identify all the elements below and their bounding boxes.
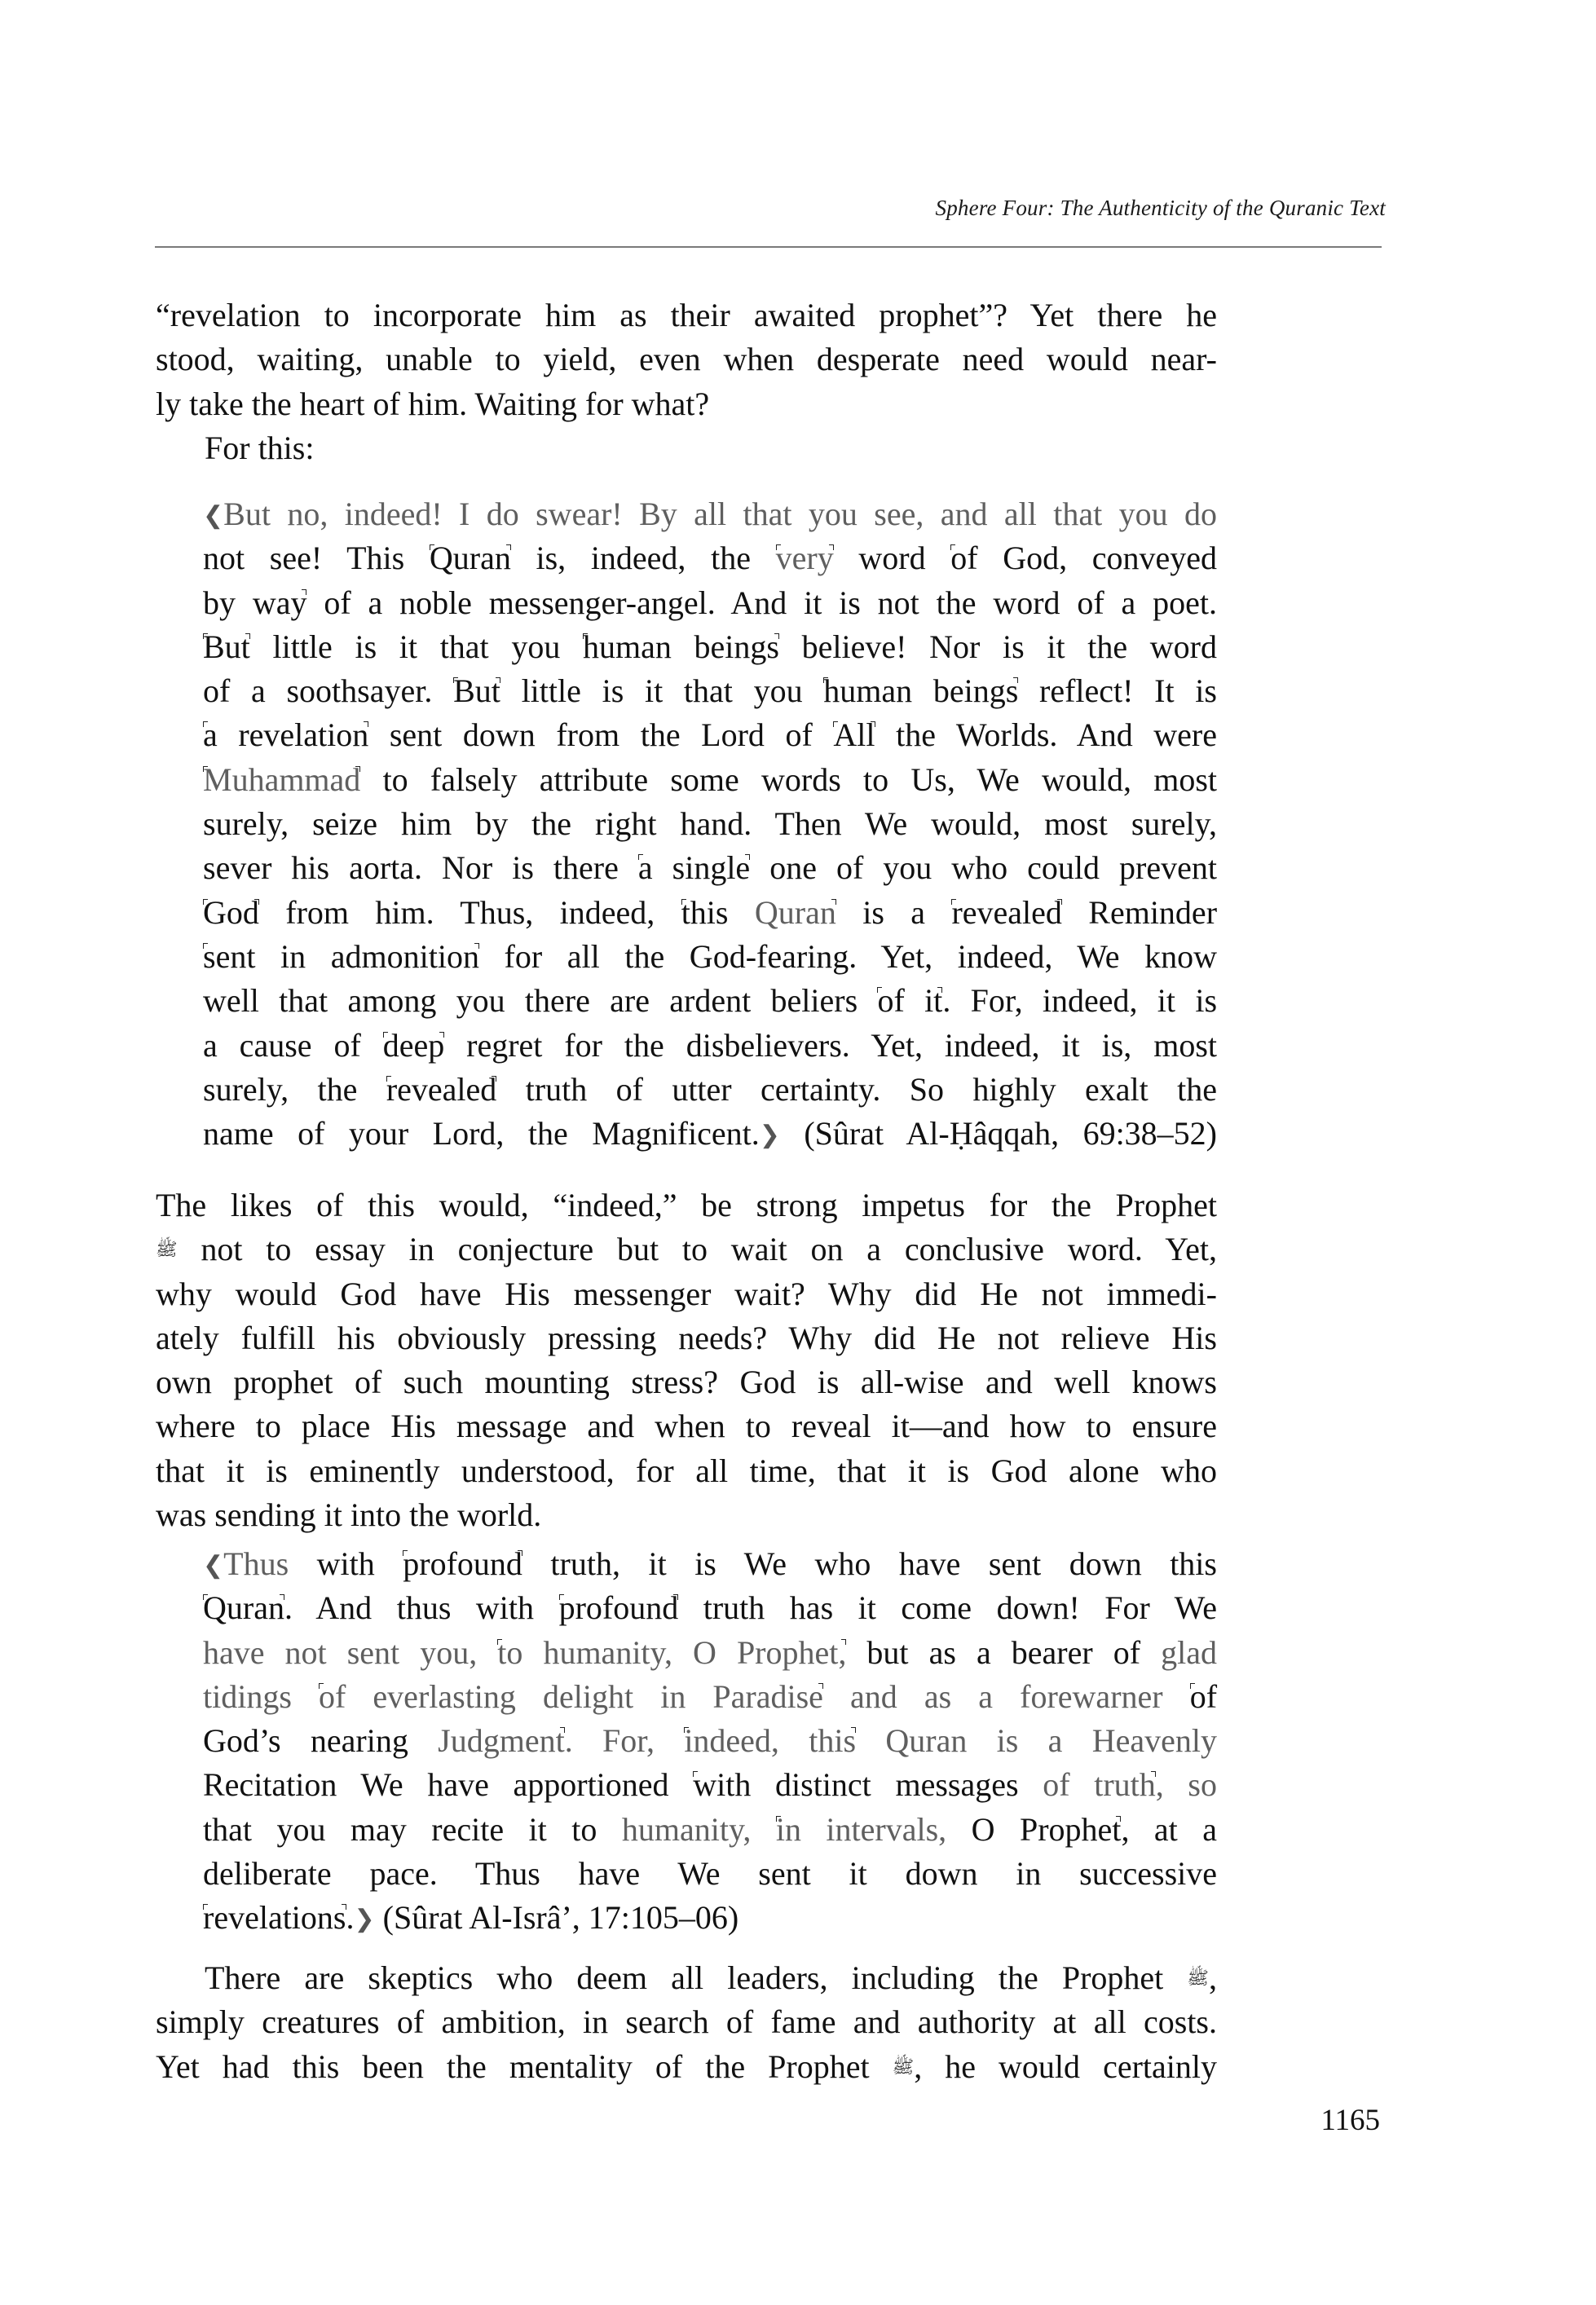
quote-line: surely, seize him by the right hand. The… bbox=[203, 802, 1217, 846]
text-line: ately fulfill his obviously pressing nee… bbox=[156, 1316, 1217, 1360]
honorific-salawat-icon: ﷺ bbox=[893, 2046, 915, 2090]
ornate-close-bracket-icon: ❯ bbox=[355, 1897, 375, 1941]
ornate-open-bracket-icon: ❮ bbox=[203, 494, 223, 538]
text-line: stood, waiting, unable to yield, even wh… bbox=[156, 337, 1217, 381]
running-head: Sphere Four: The Authenticity of the Qur… bbox=[815, 196, 1386, 221]
text-line: ﷺ not to essay in conjecture but to wait… bbox=[156, 1227, 1217, 1271]
quote-line: have not sent you, to humanity, O Prophe… bbox=[203, 1631, 1217, 1675]
text-line: “revelation to incorporate him as their … bbox=[156, 293, 1217, 337]
page-number: 1165 bbox=[1304, 2103, 1380, 2138]
quote-line: sent in admonition for all the God-feari… bbox=[203, 935, 1217, 979]
quote-line: ❮Thus with profound truth, it is We who … bbox=[203, 1542, 1217, 1586]
text-line: was sending it into the world. bbox=[156, 1493, 1217, 1537]
paragraph-2: The likes of this would, “indeed,” be st… bbox=[156, 1183, 1217, 1537]
quote-line: revelations.❯ (Sûrat Al-Isrâ’, 17:105–06… bbox=[203, 1896, 1217, 1940]
quote-line: God’s nearing Judgment. For, indeed, thi… bbox=[203, 1719, 1217, 1763]
quote-line: a revelation sent down from the Lord of … bbox=[203, 713, 1217, 757]
quote-line: deliberate pace. Thus have We sent it do… bbox=[203, 1852, 1217, 1896]
text-line: own prophet of such mounting stress? God… bbox=[156, 1360, 1217, 1404]
quote-line: tidings of everlasting delight in Paradi… bbox=[203, 1675, 1217, 1719]
quote-line: of a soothsayer. But little is it that y… bbox=[203, 669, 1217, 713]
ornate-close-bracket-icon: ❯ bbox=[760, 1113, 780, 1157]
quote-line: by way of a noble messenger-angel. And i… bbox=[203, 581, 1217, 625]
book-page: Sphere Four: The Authenticity of the Qur… bbox=[0, 0, 1596, 2305]
quote-line: But little is it that you human beings b… bbox=[203, 625, 1217, 669]
text-line: There are skeptics who deem all leaders,… bbox=[156, 1956, 1217, 2000]
quote-line: not see! This Quran is, indeed, the very… bbox=[203, 536, 1217, 580]
honorific-salawat-icon: ﷺ bbox=[1187, 1957, 1209, 2001]
text-line: The likes of this would, “indeed,” be st… bbox=[156, 1183, 1217, 1227]
quote-line: a cause of deep regret for the disbeliev… bbox=[203, 1024, 1217, 1068]
paragraph-1: “revelation to incorporate him as their … bbox=[156, 293, 1217, 470]
text-line: Yet had this been the mentality of the P… bbox=[156, 2045, 1217, 2089]
text-line: that it is eminently understood, for all… bbox=[156, 1449, 1217, 1493]
quote-line: Quran. And thus with profound truth has … bbox=[203, 1586, 1217, 1630]
quote-line: Muhammad to falsely attribute some words… bbox=[203, 758, 1217, 802]
quote-line: name of your Lord, the Magnificent.❯ (Sû… bbox=[203, 1112, 1217, 1156]
citation: (Sûrat Al-Ḥâqqah, 69:38–52) bbox=[804, 1115, 1217, 1152]
text-line: ly take the heart of him. Waiting for wh… bbox=[156, 382, 1217, 426]
quote-line: sever his aorta. Nor is there a single o… bbox=[203, 846, 1217, 890]
quran-quote-2: ❮Thus with profound truth, it is We who … bbox=[203, 1542, 1217, 1941]
text-line: where to place His message and when to r… bbox=[156, 1404, 1217, 1448]
quote-line: ❮But no, indeed! I do swear! By all that… bbox=[203, 492, 1217, 536]
ornate-open-bracket-icon: ❮ bbox=[203, 1544, 223, 1588]
quran-quote-1: ❮But no, indeed! I do swear! By all that… bbox=[203, 492, 1217, 1156]
quote-line: God from him. Thus, indeed, this Quran i… bbox=[203, 891, 1217, 935]
citation: (Sûrat Al-Isrâ’, 17:105–06) bbox=[383, 1899, 739, 1936]
quote-line: Recitation We have apportioned with dist… bbox=[203, 1763, 1217, 1807]
text-line: why would God have His messenger wait? W… bbox=[156, 1272, 1217, 1316]
header-rule bbox=[155, 246, 1382, 248]
text-line: simply creatures of ambition, in search … bbox=[156, 2000, 1217, 2044]
honorific-salawat-icon: ﷺ bbox=[156, 1228, 178, 1272]
quote-line: surely, the revealed truth of utter cert… bbox=[203, 1068, 1217, 1112]
paragraph-3: There are skeptics who deem all leaders,… bbox=[156, 1956, 1217, 2089]
quote-line: well that among you there are ardent bel… bbox=[203, 979, 1217, 1023]
lead-in: For this: bbox=[156, 426, 1217, 470]
quote-line: that you may recite it to humanity, in i… bbox=[203, 1808, 1217, 1852]
